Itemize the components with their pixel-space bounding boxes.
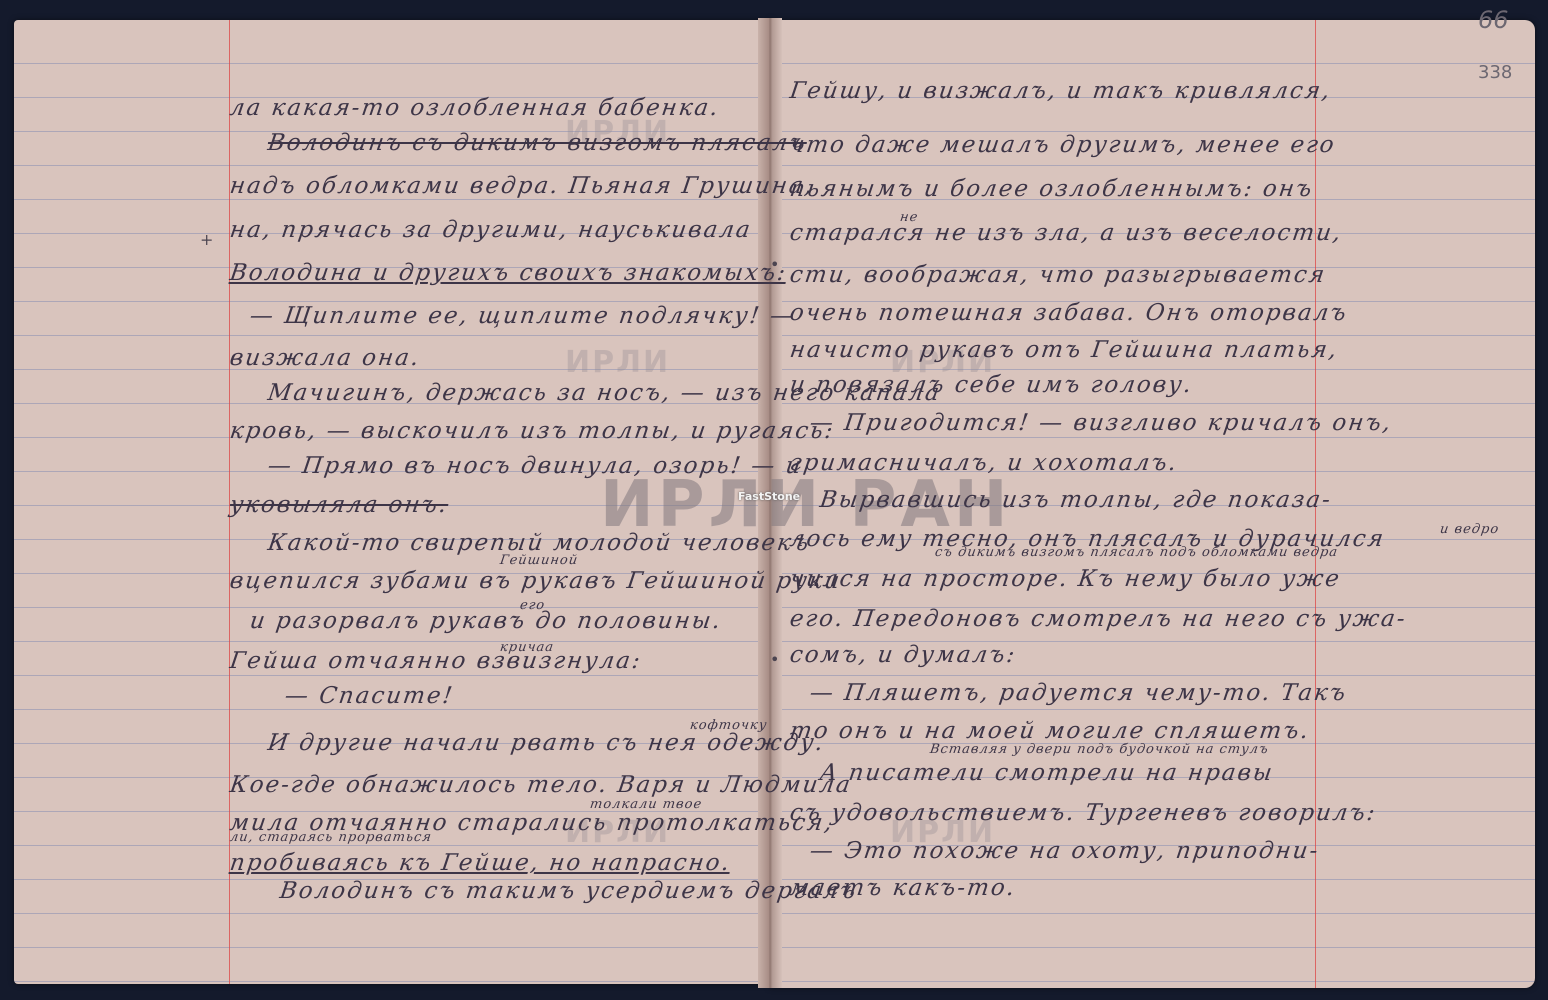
manuscript-line: маетъ какъ-то. bbox=[788, 875, 1018, 901]
manuscript-line: то онъ и на моей могиле спляшетъ. bbox=[788, 718, 1312, 744]
manuscript-line: Гейшу, и визжалъ, и такъ кривлялся, bbox=[788, 78, 1333, 104]
manuscript-line: — Прямо въ носъ двинула, озорь! — и bbox=[266, 453, 804, 479]
manuscript-line: очень потешная забава. Онъ оторвалъ bbox=[788, 300, 1349, 326]
interlinear-note: съ дикимъ визгомъ плясалъ подъ обломками… bbox=[934, 545, 1339, 560]
manuscript-line: съ удовольствиемъ. Тургеневъ говорилъ: bbox=[788, 800, 1378, 826]
manuscript-line: кровь, — выскочилъ изъ толпы, и ругаясь: bbox=[228, 418, 836, 444]
manuscript-line: на, прячась за другими, науськивала bbox=[228, 217, 753, 243]
manuscript-line: — Пригодится! — визгливо кричалъ онъ, bbox=[808, 410, 1394, 436]
manuscript-line: И другие начали рвать съ нея одежду. bbox=[266, 730, 826, 756]
interlinear-note: толкали твое bbox=[589, 797, 703, 812]
manuscript-line: начисто рукавъ отъ Гейшина платья, bbox=[788, 337, 1340, 363]
interlinear-note: Вставляя у двери подъ будочкой на стулъ bbox=[929, 742, 1270, 757]
manuscript-line: — Это похоже на охоту, приподни- bbox=[808, 838, 1321, 864]
manuscript-line: Володинъ съ дикимъ визгомъ плясалъ bbox=[266, 130, 808, 156]
manuscript-line: чился на просторе. Къ нему было уже bbox=[788, 566, 1342, 592]
manuscript-line: что даже мешалъ другимъ, менее его bbox=[788, 132, 1337, 158]
manuscript-line: — Щиплите ее, щиплите подлячку! — bbox=[248, 303, 797, 329]
watermark-small: ИРЛИ bbox=[565, 345, 670, 380]
manuscript-line: Кое-где обнажилось тело. Варя и Людмила bbox=[228, 772, 854, 798]
manuscript-line: сомъ, и думалъ: bbox=[788, 642, 1018, 668]
manuscript-line: сти, воображая, что разыгрывается bbox=[788, 262, 1328, 288]
document-viewer: 66 338 ИРЛИ ИРЛИ ИРЛИ ИРЛИ ИРЛИ ИРЛИ РАН… bbox=[0, 0, 1548, 1000]
manuscript-line: пьянымъ и более озлобленнымъ: онъ bbox=[788, 176, 1315, 202]
manuscript-line: вцепился зубами въ рукавъ Гейшиной руки bbox=[228, 568, 843, 594]
manuscript-line: и разорвалъ рукавъ до половины. bbox=[248, 608, 724, 634]
manuscript-line: — Спасите! bbox=[283, 683, 455, 709]
margin-mark: • bbox=[770, 650, 779, 669]
margin-mark: + bbox=[200, 230, 213, 249]
manuscript-line: надъ обломками ведра. Пьяная Грушина, bbox=[228, 173, 816, 199]
manuscript-line: Володина и другихъ своихъ знакомыхъ: bbox=[228, 260, 789, 286]
manuscript-line: гримасничалъ, и хохоталъ. bbox=[788, 450, 1180, 476]
manuscript-line: и повязалъ себе имъ голову. bbox=[788, 372, 1195, 398]
interlinear-note: ли, стараясь прорваться bbox=[229, 830, 433, 845]
manuscript-line: уковыляла онъ. bbox=[228, 492, 450, 518]
manuscript-line: А писатели смотрели на нравы bbox=[818, 760, 1275, 786]
interlinear-note: кричаа bbox=[499, 640, 555, 655]
manuscript-line: ла какая-то озлобленная бабенка. bbox=[228, 95, 721, 121]
margin-mark: • bbox=[770, 255, 779, 274]
interlinear-note: Гейшиной bbox=[499, 553, 579, 568]
manuscript-line: старался не изъ зла, а изъ веселости, bbox=[788, 220, 1344, 246]
manuscript-line: его. Передоновъ смотрелъ на него съ ужа- bbox=[788, 606, 1408, 632]
archive-number: 338 bbox=[1478, 62, 1512, 83]
manuscript-line: пробиваясь къ Гейше, но напрасно. bbox=[228, 850, 733, 876]
manuscript-line: — Пляшетъ, радуется чему-то. Такъ bbox=[808, 680, 1349, 706]
manuscript-line: Володинъ съ такимъ усердиемъ дергалъ bbox=[278, 878, 859, 904]
interlinear-note: его bbox=[519, 598, 546, 613]
manuscript-line: Гейша отчаянно взвизгнула: bbox=[228, 648, 643, 674]
interlinear-note: кофточку bbox=[689, 718, 768, 733]
interlinear-note: и ведро bbox=[1439, 522, 1500, 537]
viewer-badge: FastStone bbox=[738, 490, 800, 503]
manuscript-line: визжала она. bbox=[228, 345, 422, 371]
interlinear-note: не bbox=[899, 210, 919, 225]
manuscript-line: Вырвавшись изъ толпы, где показа- bbox=[818, 487, 1334, 513]
folio-number: 66 bbox=[1478, 6, 1509, 34]
